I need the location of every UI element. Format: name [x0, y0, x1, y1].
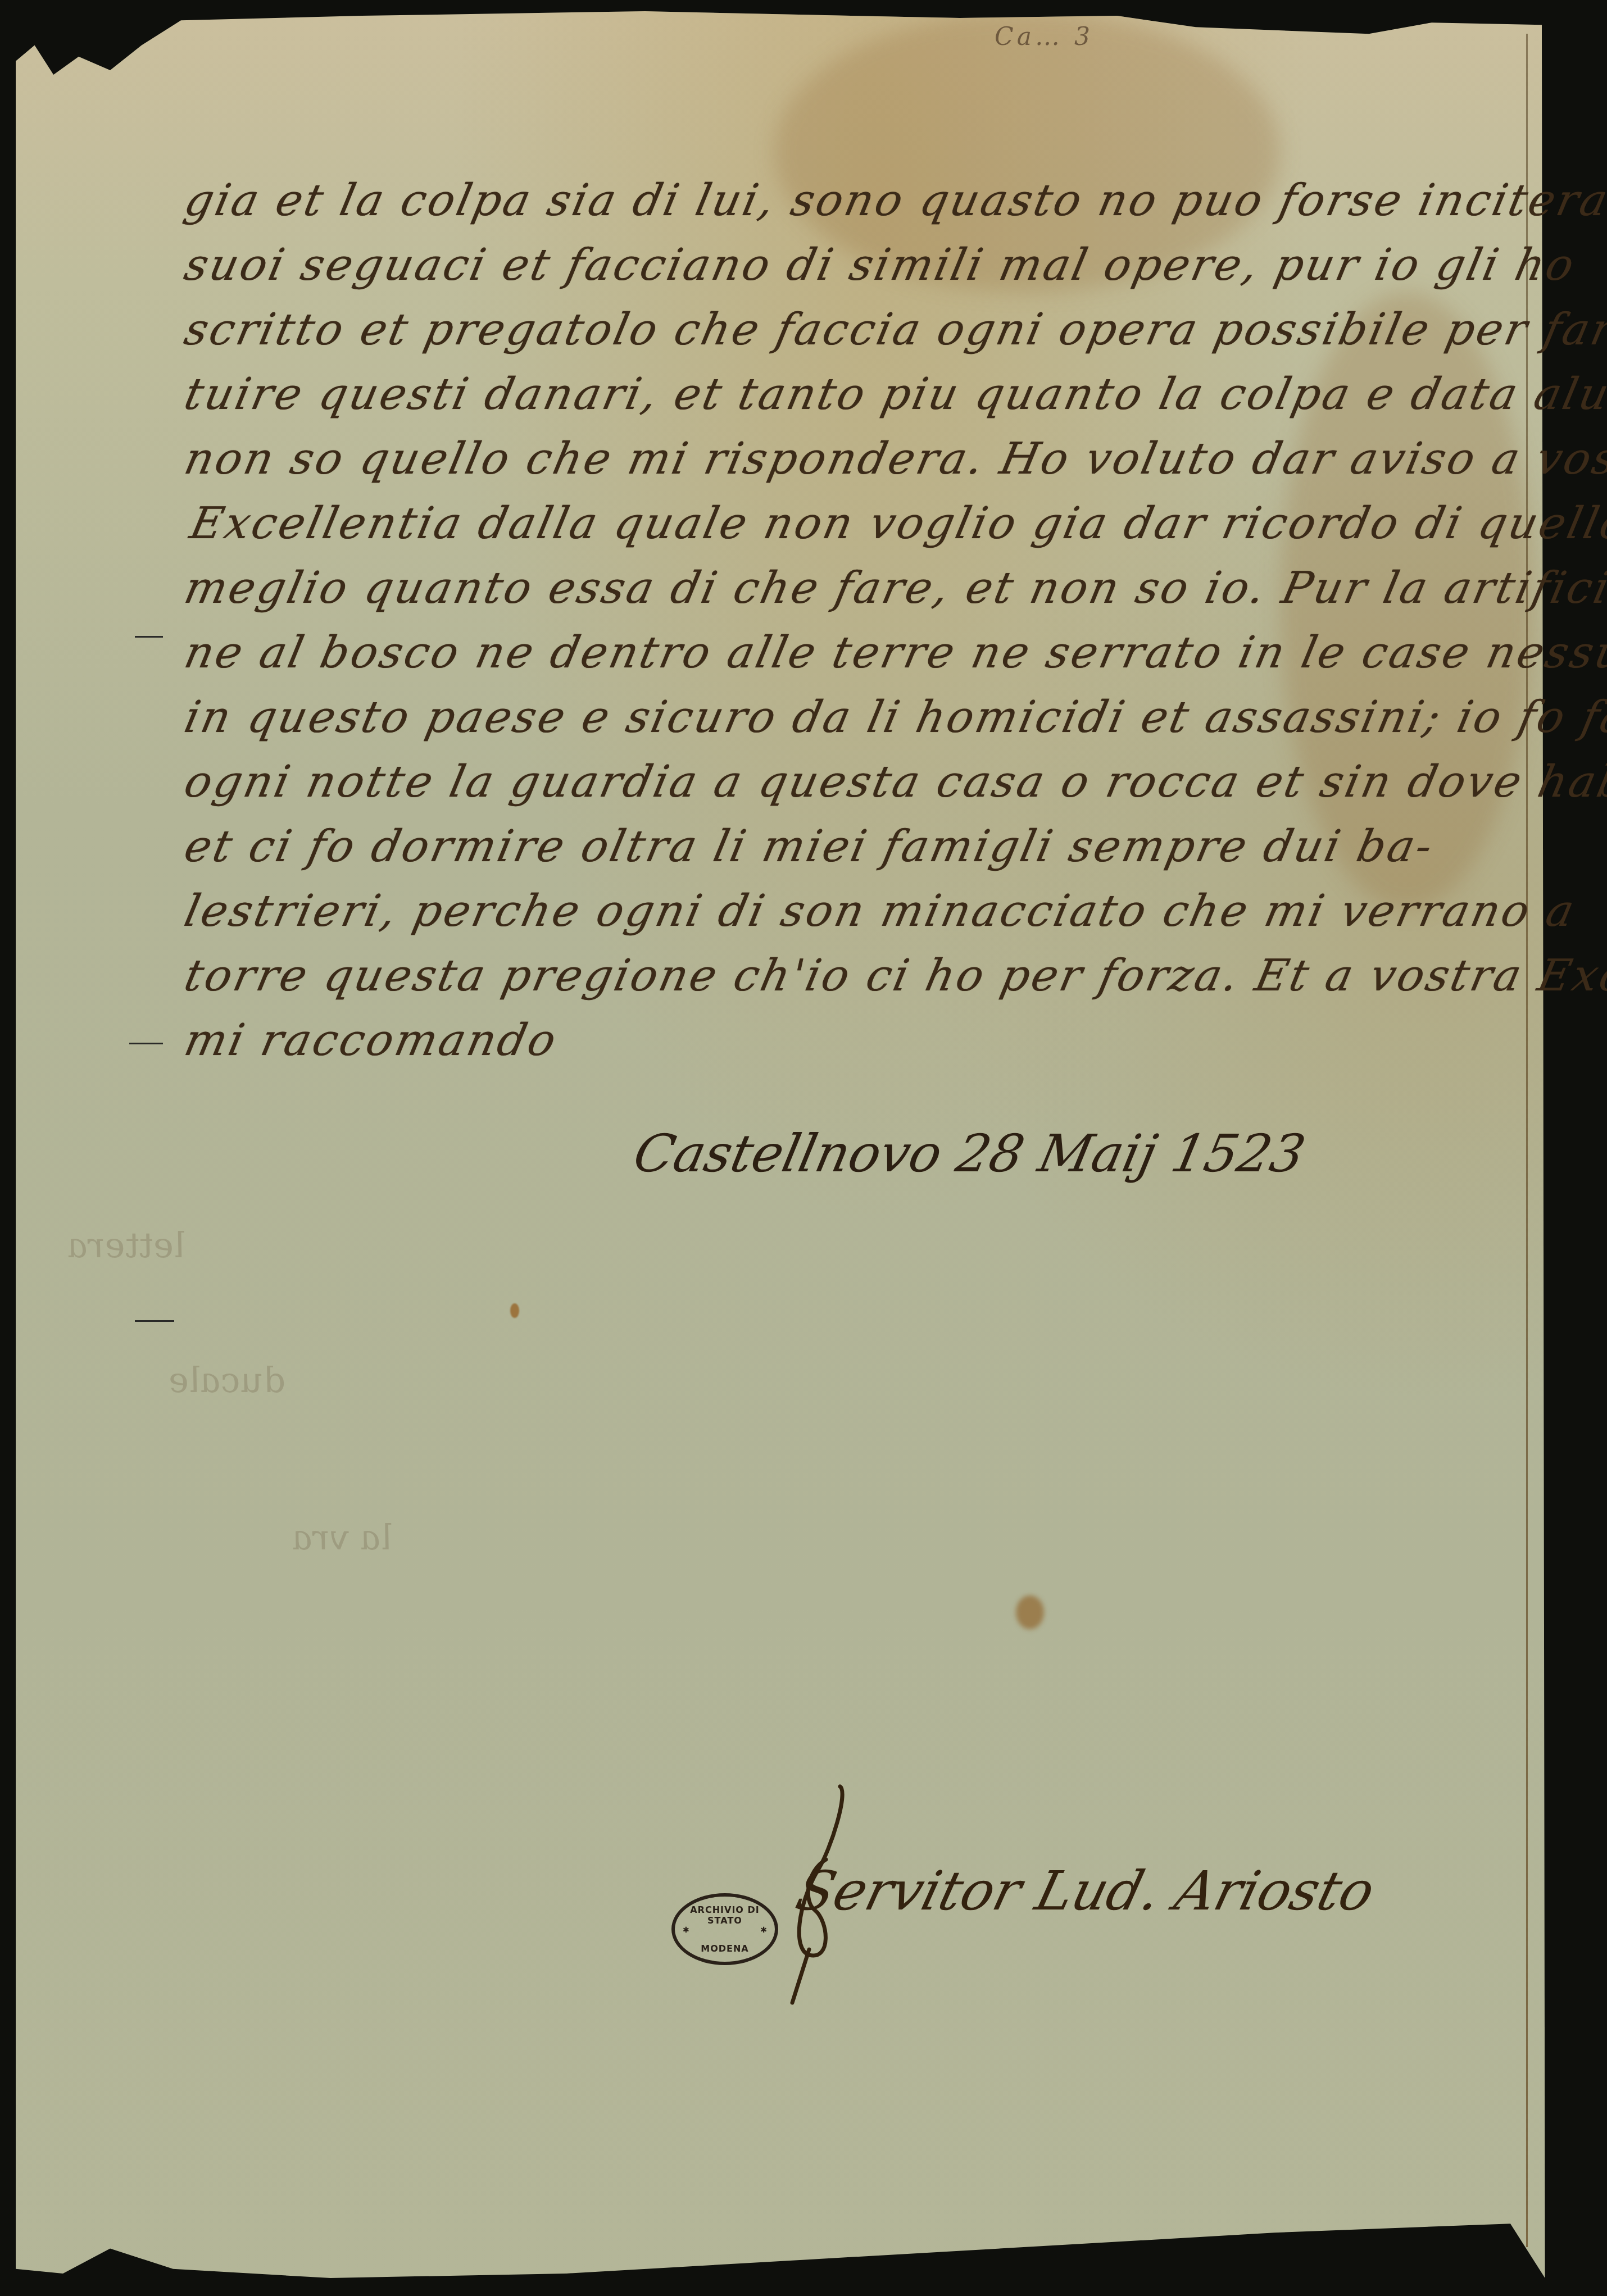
ink-spot [510, 1303, 519, 1318]
stamp-bottom-text: MODENA [675, 1943, 775, 1954]
letter-line: ne al bosco ne dentro alle terre ne serr… [179, 621, 1574, 685]
stamp-top-text: ARCHIVIO DI STATO [675, 1904, 775, 1926]
letter-line: suoi seguaci et facciano di simili mal o… [179, 233, 1574, 298]
letter-line: scritto et pregatolo che faccia ogni ope… [179, 298, 1574, 362]
bleed-through-text: ducale [165, 1360, 289, 1401]
letter-line: lestrieri, perche ogni di son minacciato… [179, 879, 1574, 944]
letter-line: mi raccomando [179, 1008, 1574, 1073]
letter-line: torre questa pregione ch'io ci ho per fo… [179, 944, 1574, 1008]
bleed-through-text: la vra [289, 1517, 396, 1558]
letter-line: non so quello che mi rispondera. Ho volu… [179, 427, 1574, 492]
archive-stamp: ARCHIVIO DI STATO ✱ ✱ MODENA [671, 1893, 778, 1965]
signature: Servitor Lud. Ariosto [790, 1859, 1381, 1922]
letter-line: et ci fo dormire oltra li miei famigli s… [179, 815, 1574, 879]
letter-line: ogni notte la guardia a questa casa o ro… [179, 750, 1574, 815]
letter-body: gia et la colpa sia di lui, sono quasto … [185, 169, 1568, 1073]
star-icon: ✱ [683, 1926, 689, 1935]
bleed-through-text: lettera [64, 1225, 189, 1266]
place-and-date: Castellnovo 28 Maij 1523 [629, 1124, 1310, 1184]
letter-line: gia et la colpa sia di lui, sono quasto … [179, 169, 1574, 233]
margin-mark [129, 1043, 163, 1044]
margin-mark [135, 1320, 174, 1322]
letter-line: Excellentia dalla quale non voglio gia d… [179, 492, 1574, 556]
letter-line: meglio quanto essa di che fare, et non s… [179, 556, 1574, 621]
star-icon: ✱ [760, 1926, 767, 1935]
letter-line: in questo paese e sicuro da li homicidi … [179, 685, 1574, 750]
archival-annotation: Ca… 3 [995, 22, 1093, 51]
margin-mark [135, 636, 163, 638]
ink-spot [1016, 1595, 1044, 1629]
letter-line: tuire questi danari, et tanto piu quanto… [179, 362, 1574, 427]
